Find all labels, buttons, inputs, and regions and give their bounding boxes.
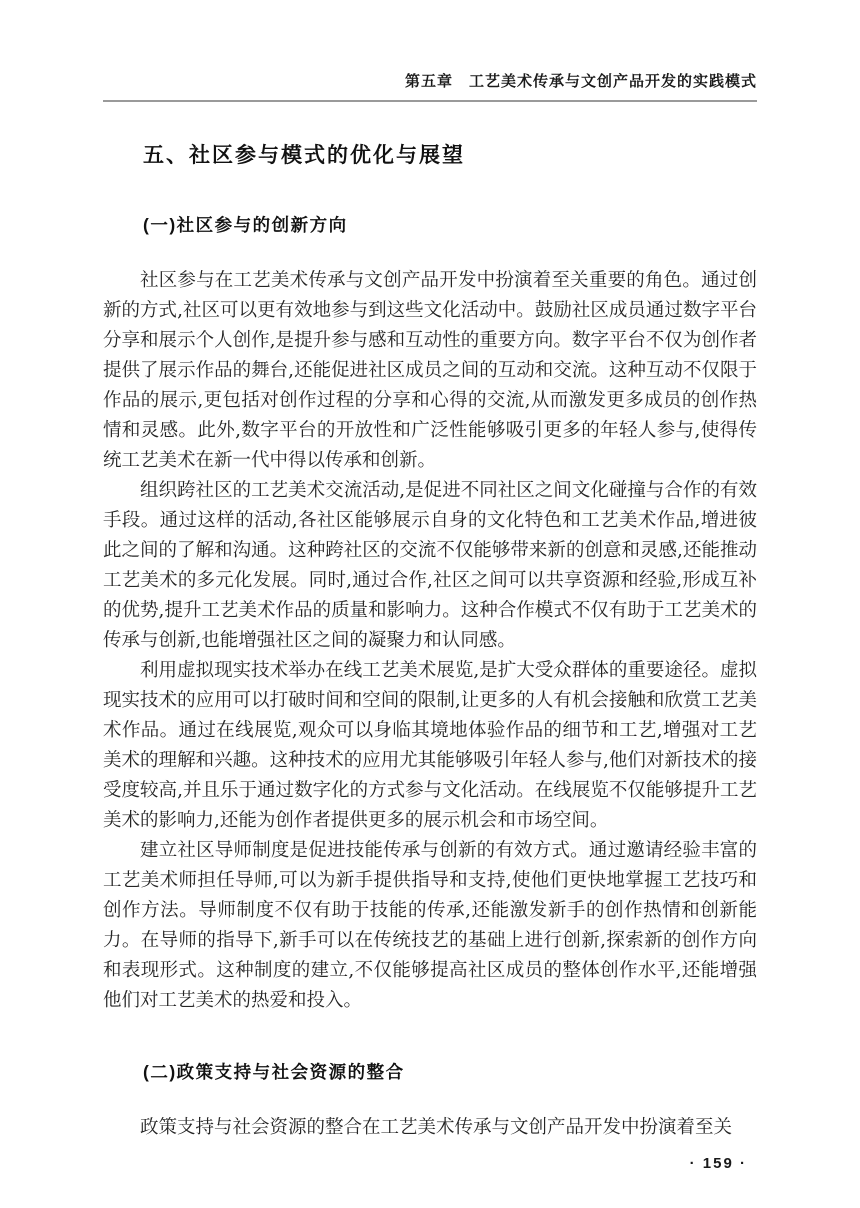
- chapter-number: 第五章: [405, 73, 453, 90]
- body-paragraph: 利用虚拟现实技术举办在线工艺美术展览,是扩大受众群体的重要途径。虚拟现实技术的应…: [103, 656, 757, 836]
- document-page: 第五章工艺美术传承与文创产品开发的实践模式 五、社区参与模式的优化与展望 (一)…: [0, 0, 860, 1208]
- body-paragraph: 政策支持与社会资源的整合在工艺美术传承与文创产品开发中扮演着至关: [103, 1113, 757, 1143]
- body-paragraph: 社区参与在工艺美术传承与文创产品开发中扮演着至关重要的角色。通过创新的方式,社区…: [103, 266, 757, 476]
- body-paragraph: 组织跨社区的工艺美术交流活动,是促进不同社区之间文化碰撞与合作的有效手段。通过这…: [103, 476, 757, 656]
- body-paragraph: 建立社区导师制度是促进技能传承与创新的有效方式。通过邀请经验丰富的工艺美术师担任…: [103, 836, 757, 1016]
- page-number: · 159 ·: [103, 1155, 757, 1172]
- section-title: 五、社区参与模式的优化与展望: [143, 139, 757, 169]
- running-header: 第五章工艺美术传承与文创产品开发的实践模式: [103, 70, 757, 102]
- subsection-heading-1: (一)社区参与的创新方向: [143, 212, 757, 237]
- subsection-heading-2: (二)政策支持与社会资源的整合: [143, 1059, 757, 1084]
- chapter-title: 工艺美术传承与文创产品开发的实践模式: [469, 73, 757, 90]
- page-number-text: · 159 ·: [690, 1155, 747, 1172]
